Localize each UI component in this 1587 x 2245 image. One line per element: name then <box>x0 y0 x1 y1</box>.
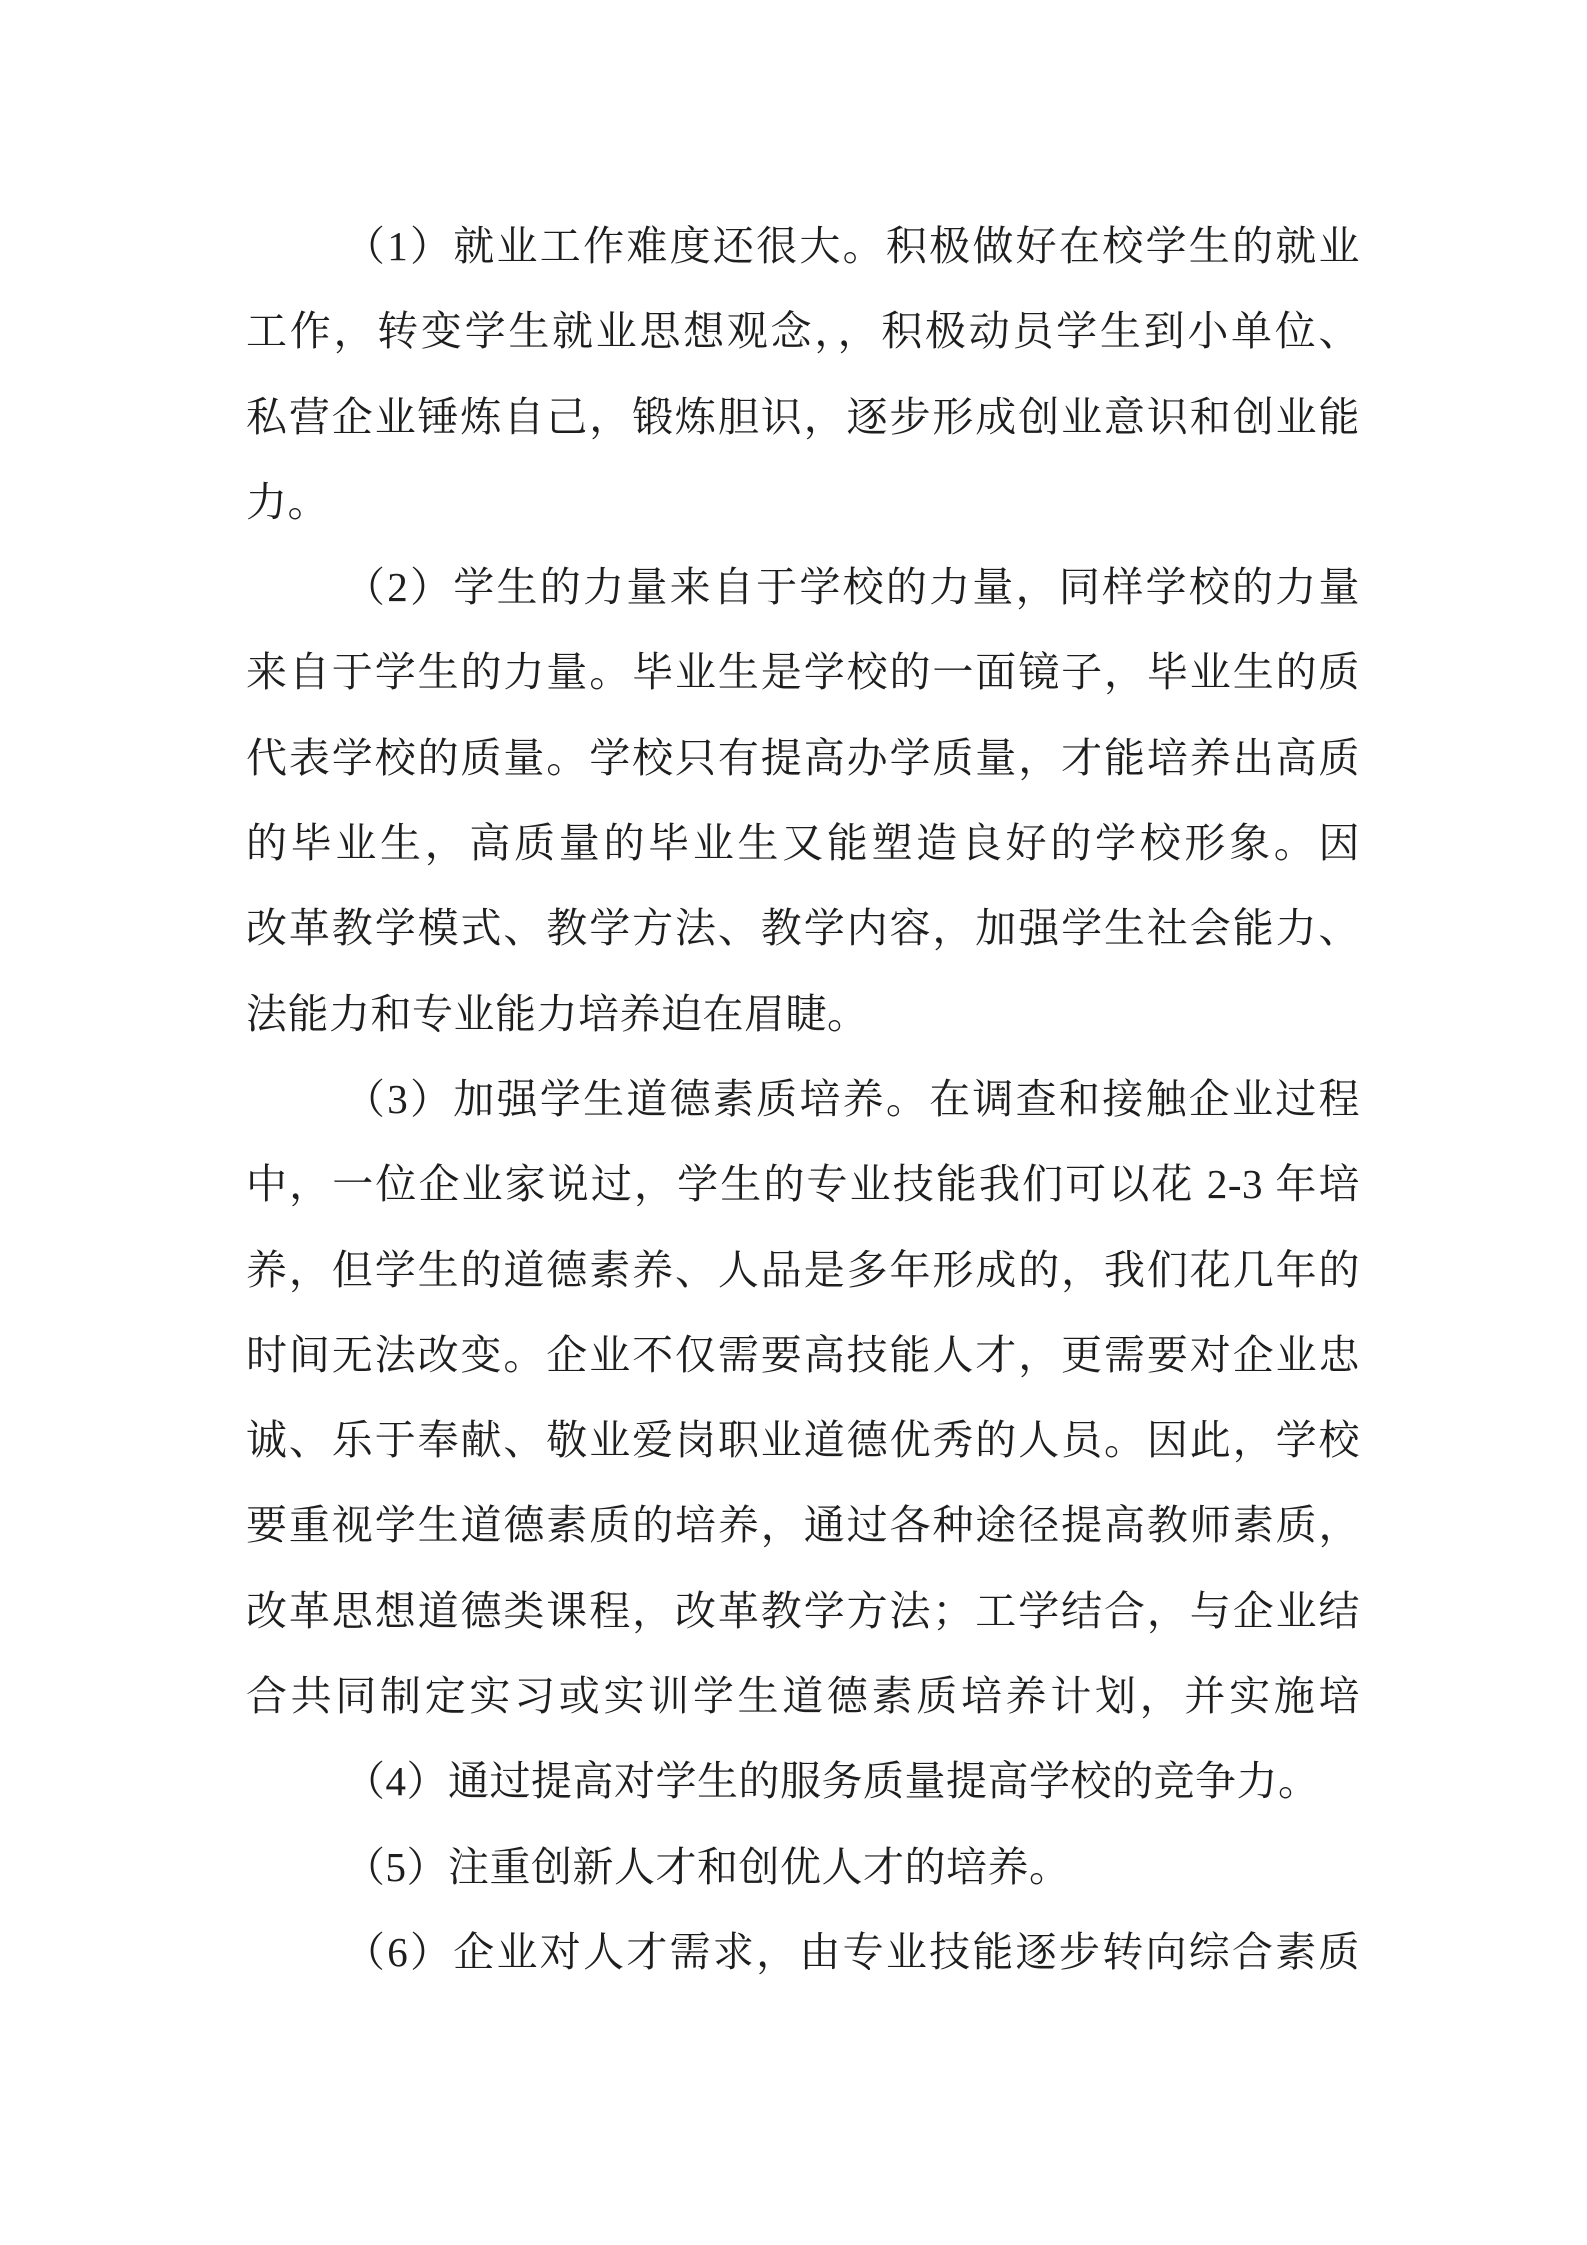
text-line: 法能力和专业能力培养迫在眉睫。 <box>246 972 1360 1057</box>
document-page: （1）就业工作难度还很大。积极做好在校学生的就业工作，转变学生就业思想观念，，积… <box>0 0 1587 2245</box>
text-line: （5）注重创新人才和创优人才的培养。 <box>246 1825 1360 1910</box>
text-line: 改革思想道德类课程，改革教学方法；工学结合，与企业结 <box>246 1569 1360 1654</box>
text-line: 来自于学生的力量。毕业生是学校的一面镜子，毕业生的质量 <box>246 630 1360 715</box>
text-line: 合共同制定实习或实训学生道德素质培养计划，并实施培养。 <box>246 1654 1360 1739</box>
text-line: （6）企业对人才需求，由专业技能逐步转向综合素质 <box>246 1910 1360 1995</box>
text-line: 工作，转变学生就业思想观念，，积极动员学生到小单位、 <box>246 289 1360 374</box>
text-line: （3）加强学生道德素质培养。在调查和接触企业过程 <box>246 1057 1360 1142</box>
text-line: 时间无法改变。企业不仅需要高技能人才，更需要对企业忠 <box>246 1313 1360 1398</box>
text-line: （1）就业工作难度还很大。积极做好在校学生的就业 <box>246 204 1360 289</box>
text-line: 要重视学生道德素质的培养，通过各种途径提高教师素质， <box>246 1483 1360 1568</box>
text-line: 私营企业锤炼自己，锻炼胆识，逐步形成创业意识和创业能 <box>246 375 1360 460</box>
text-line: （2）学生的力量来自于学校的力量，同样学校的力量也 <box>246 545 1360 630</box>
text-line: 改革教学模式、教学方法、教学内容，加强学生社会能力、方 <box>246 886 1360 971</box>
document-body: （1）就业工作难度还很大。积极做好在校学生的就业工作，转变学生就业思想观念，，积… <box>246 204 1360 1995</box>
text-line: 养，但学生的道德素养、人品是多年形成的，我们花几年的 <box>246 1228 1360 1313</box>
text-line: 的毕业生，高质量的毕业生又能塑造良好的学校形象。因此， <box>246 801 1360 886</box>
text-line: 中，一位企业家说过，学生的专业技能我们可以花 2-3 年培 <box>246 1142 1360 1227</box>
text-line: 诚、乐于奉献、敬业爱岗职业道德优秀的人员。因此，学校 <box>246 1398 1360 1483</box>
text-line: （4）通过提高对学生的服务质量提高学校的竞争力。 <box>246 1739 1360 1824</box>
text-line: 代表学校的质量。学校只有提高办学质量，才能培养出高质量 <box>246 716 1360 801</box>
text-line: 力。 <box>246 460 1360 545</box>
